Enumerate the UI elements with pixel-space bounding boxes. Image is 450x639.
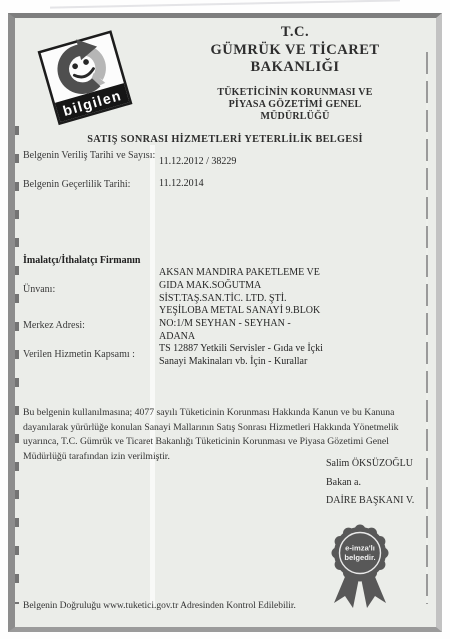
company-section-heading: İmalatçı/İthalatçı Firmanın <box>23 255 141 266</box>
scan-artifact-white-streak <box>150 145 155 607</box>
company-label-address: Merkez Adresi: <box>23 320 85 333</box>
signatory-role: Bakan a. <box>326 477 414 488</box>
signature-block: Salim ÖKSÜZOĞLU Bakan a. DAİRE BAŞKANI V… <box>326 458 414 514</box>
verification-footer: Belgenin Doğruluğu www.tuketici.gov.tr A… <box>23 601 423 611</box>
company-label-title: Ünvanı: <box>23 284 55 297</box>
bilgilen-logo-icon: bilgilen <box>28 25 140 131</box>
company-value-service-scope: TS 12887 Yetkili Servisler - Gıda ve İçk… <box>159 343 409 369</box>
company-value-title: AKSAN MANDIRA PAKETLEME VE GIDA MAK.SOĞU… <box>159 267 399 305</box>
legal-paragraph: Bu belgenin kullanılmasına; 4077 sayılı … <box>23 406 433 464</box>
directorate-line-2: PİYASA GÖZETİMİ GENEL <box>150 99 440 111</box>
document-title: SATIŞ SONRASI HİZMETLERİ YETERLİLİK BELG… <box>8 134 442 145</box>
seal-text-line-2: belgedir. <box>344 553 375 562</box>
scan-artifact-left-ticks <box>15 126 19 604</box>
ministry-header: T.C. GÜMRÜK VE TİCARET BAKANLIĞI TÜKETİC… <box>150 24 440 123</box>
company-label-service-scope: Verilen Hizmetin Kapsamı : <box>23 349 135 362</box>
scan-artifact-top-streak <box>50 0 400 9</box>
signatory-name: Salim ÖKSÜZOĞLU <box>326 458 414 469</box>
field-value-validity-date: 11.12.2014 <box>159 178 204 191</box>
company-value-address: YEŞİLOBA METAL SANAYİ 9.BLOK NO:1/M SEYH… <box>159 305 399 343</box>
scanned-certificate-page: bilgilen T.C. GÜMRÜK VE TİCARET BAKANLIĞ… <box>0 0 450 639</box>
ministry-line-name: GÜMRÜK VE TİCARET <box>150 42 440 60</box>
field-value-issue-date: 11.12.2012 / 38229 <box>159 156 236 169</box>
seal-text-line-1: e-imza'lı <box>345 544 375 553</box>
directorate-line-1: TÜKETİCİNİN KORUNMASI VE <box>150 87 440 99</box>
ministry-line-bakanlik: BAKANLIĞI <box>150 59 440 77</box>
signatory-title: DAİRE BAŞKANI V. <box>326 495 414 506</box>
directorate-line-3: MÜDÜRLÜĞÜ <box>150 111 440 123</box>
ministry-line-tc: T.C. <box>150 24 440 42</box>
field-label-issue-date: Belgenin Veriliş Tarihi ve Sayısı: <box>23 150 163 163</box>
bilgilen-logo: bilgilen <box>28 25 140 131</box>
